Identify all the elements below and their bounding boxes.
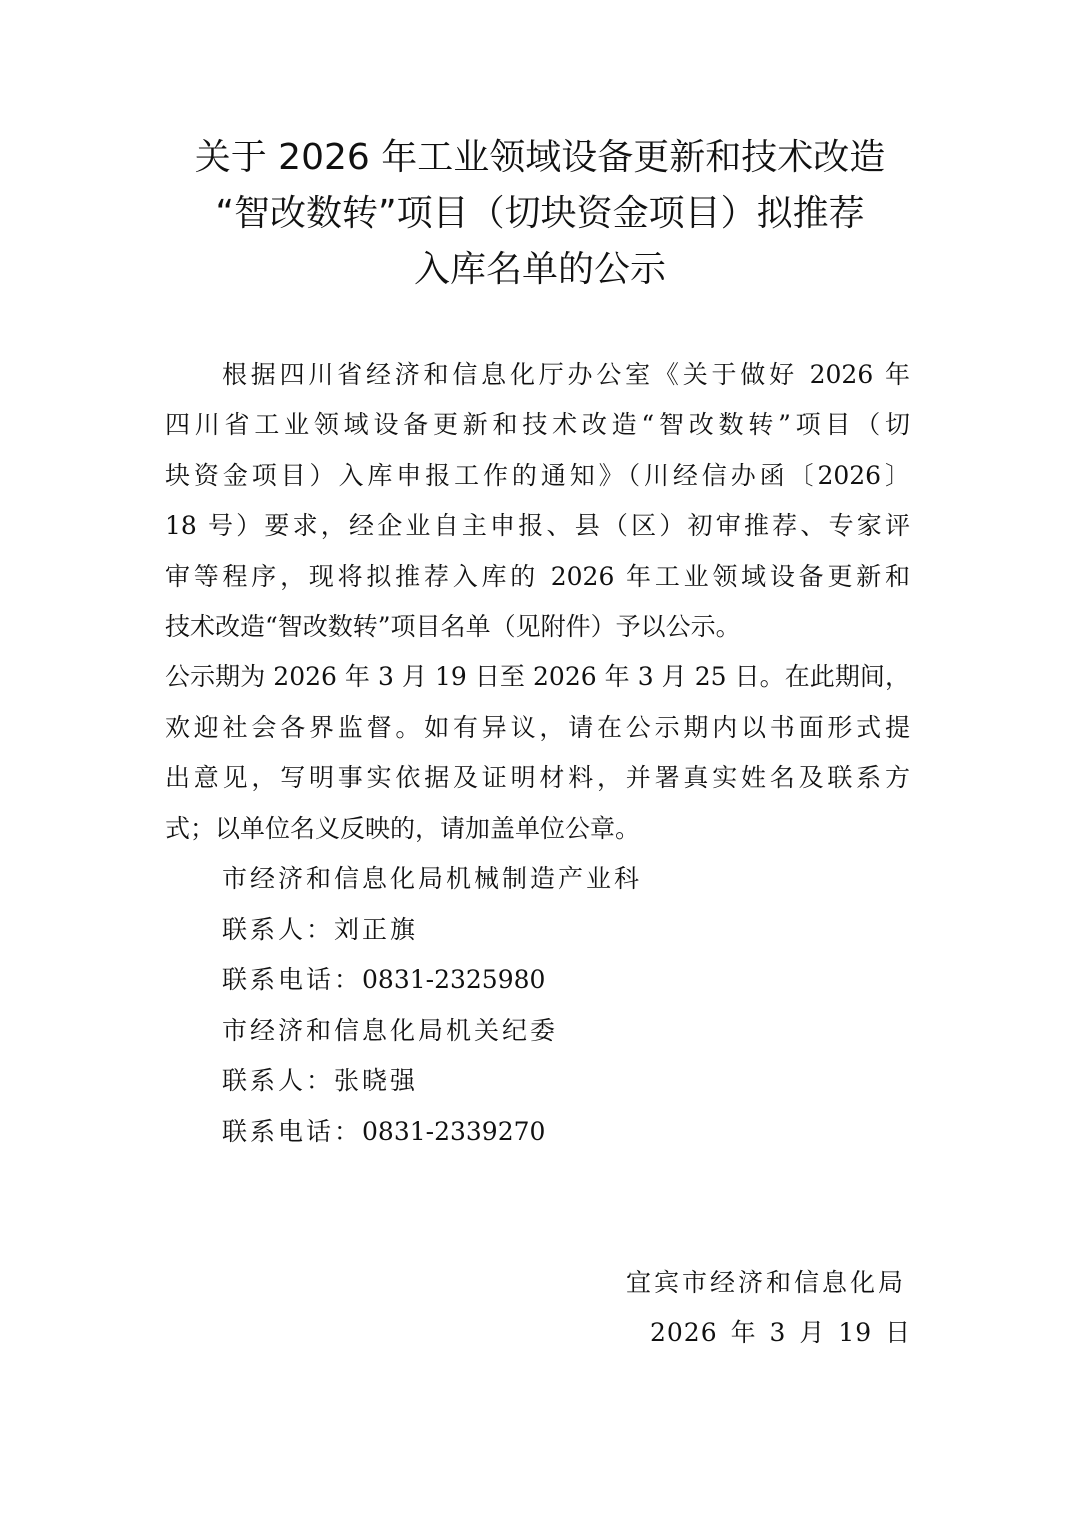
contact-phone-row: 联系电话：0831-2325980 xyxy=(222,965,545,995)
paragraph-2-line-3: 出意见，写明事实依据及证明材料，并署真实姓名及联系方 xyxy=(165,763,910,793)
contact-person-row: 联系人：刘正旗 xyxy=(222,915,418,945)
contact-person-name: 刘正旗 xyxy=(334,915,418,944)
contact-person-label: 联系人： xyxy=(222,915,334,944)
paragraph-2-line-2: 欢迎社会各界监督。如有异议，请在公示期内以书面形式提 xyxy=(165,713,910,743)
paragraph-2-line-4: 式；以单位名义反映的，请加盖单位公章。 xyxy=(165,814,910,844)
paragraph-1-line-3: 块资金项目）入库申报工作的通知》（川经信办函〔2026〕 xyxy=(165,461,910,491)
paragraph-1-line-1: 根据四川省经济和信息化厅办公室《关于做好 2026 年 xyxy=(222,360,910,390)
title-line-2: “智改数转”项目（切块资金项目）拟推荐 xyxy=(160,186,920,242)
signature-date: 2026 年 3 月 19 日 xyxy=(650,1318,911,1348)
contact-person-name: 张晓强 xyxy=(334,1066,418,1095)
paragraph-1-line-2: 四川省工业领域设备更新和技术改造“智改数转”项目（切 xyxy=(165,410,910,440)
contact-phone-label: 联系电话： xyxy=(222,1117,362,1146)
document-title: 关于 2026 年工业领域设备更新和技术改造 “智改数转”项目（切块资金项目）拟… xyxy=(160,130,920,298)
paragraph-2-line-1: 公示期为 2026 年 3 月 19 日至 2026 年 3 月 25 日。在此… xyxy=(165,662,910,692)
contact-person-label: 联系人： xyxy=(222,1066,334,1095)
paragraph-1-line-6: 技术改造“智改数转”项目名单（见附件）予以公示。 xyxy=(165,612,910,642)
contact-phone-label: 联系电话： xyxy=(222,965,362,994)
contact-phone-number: 0831-2325980 xyxy=(362,965,545,994)
paragraph-1-line-5: 审等程序，现将拟推荐入库的 2026 年工业领域设备更新和 xyxy=(165,562,910,592)
document-page: 关于 2026 年工业领域设备更新和技术改造 “智改数转”项目（切块资金项目）拟… xyxy=(0,0,1074,1520)
title-line-3: 入库名单的公示 xyxy=(160,242,920,298)
signature-organization: 宜宾市经济和信息化局 xyxy=(626,1268,906,1298)
title-line-1: 关于 2026 年工业领域设备更新和技术改造 xyxy=(160,130,920,186)
contact-phone-number: 0831-2339270 xyxy=(362,1117,545,1146)
contact-department: 市经济和信息化局机械制造产业科 xyxy=(222,864,642,894)
paragraph-1-line-4: 18 号）要求，经企业自主申报、县（区）初审推荐、专家评 xyxy=(165,511,910,541)
contact-person-row: 联系人：张晓强 xyxy=(222,1066,418,1096)
contact-department: 市经济和信息化局机关纪委 xyxy=(222,1016,558,1046)
contact-phone-row: 联系电话：0831-2339270 xyxy=(222,1117,545,1147)
